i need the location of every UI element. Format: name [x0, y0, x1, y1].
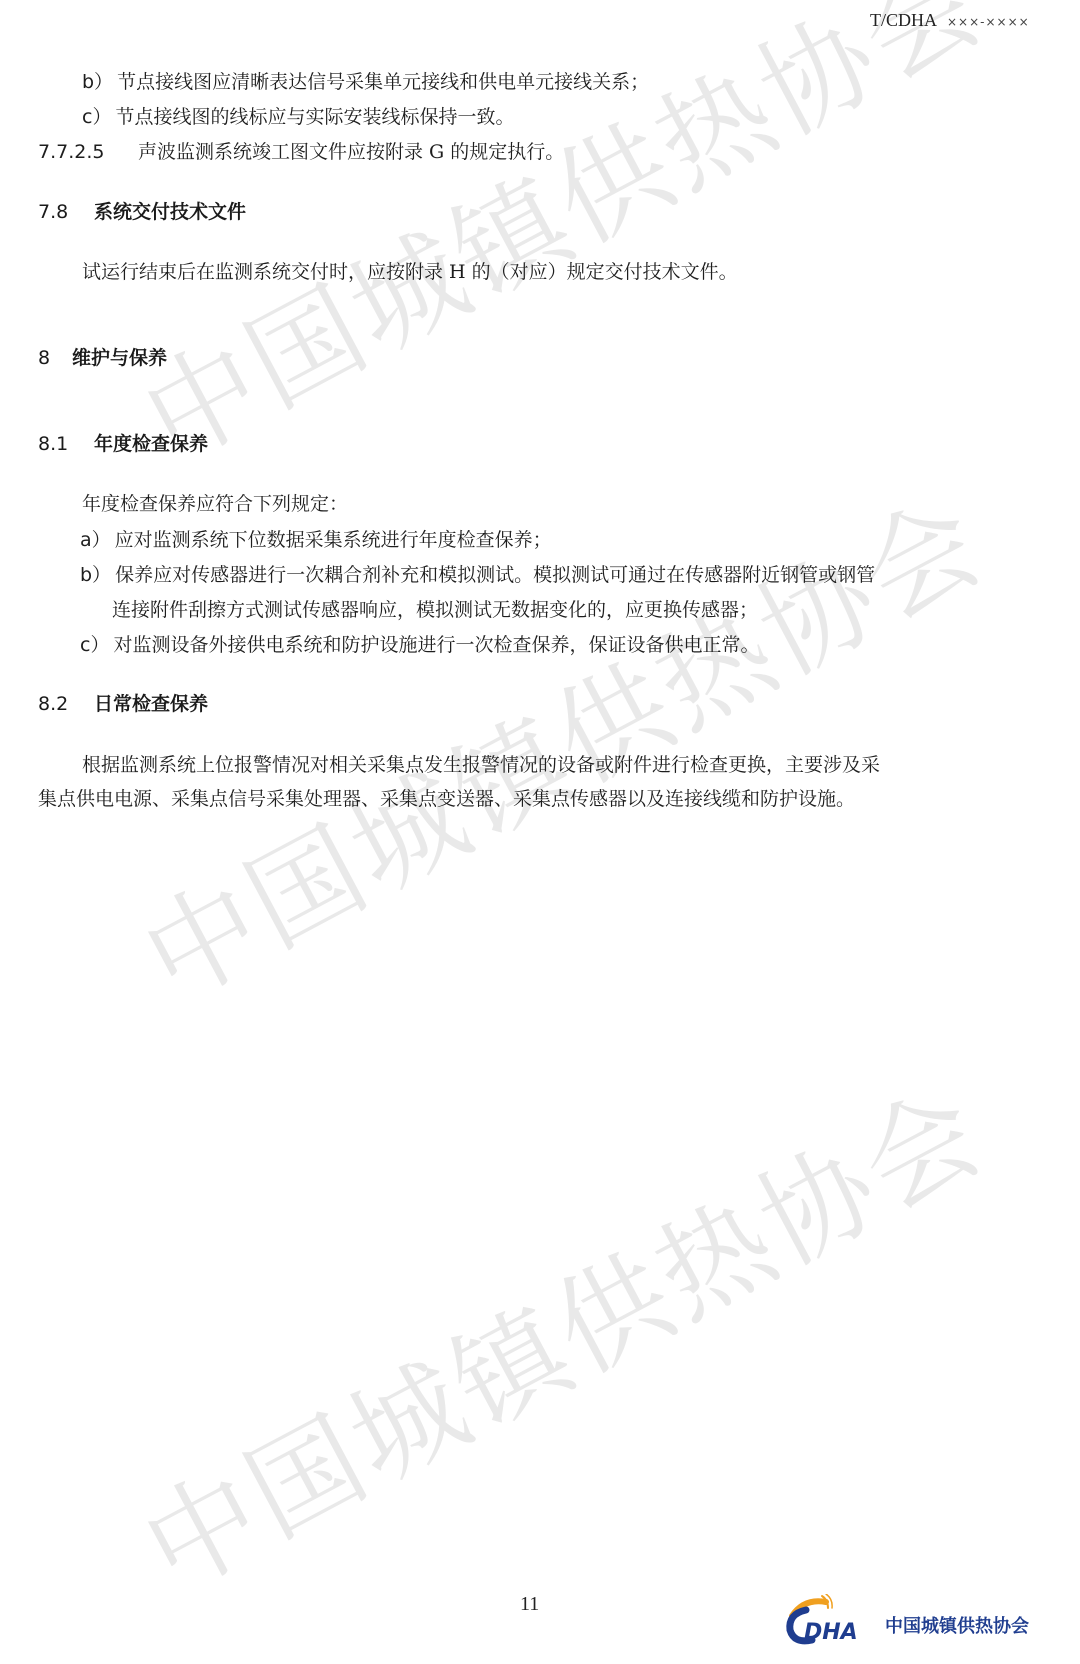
section-number: 8.2 — [38, 692, 94, 716]
list-item: c）对监测设备外接供电系统和防护设施进行一次检查保养，保证设备供电正常。 — [80, 633, 759, 657]
watermark: 中国城镇供热协会 — [112, 1044, 1007, 1622]
item-text: 节点接线图的线标应与实际安装线标保持一致。 — [115, 106, 514, 128]
standard-code-header: T/CDHA×××-×××× — [870, 10, 1030, 31]
standard-code: T/CDHA — [870, 10, 937, 30]
clause-number: 7.7.2.5 — [38, 140, 138, 164]
chapter-title: 维护与保养 — [72, 347, 167, 369]
page-number: 11 — [520, 1593, 539, 1616]
item-text: 保养应对传感器进行一次耦合剂补充和模拟测试。模拟测试可通过在传感器附近钢管或钢管 — [115, 564, 875, 586]
cdha-logo-icon: DHA — [782, 1594, 882, 1646]
item-label: c） — [80, 634, 109, 656]
section-body: 试运行结束后在监测系统交付时，应按附录 H 的（对应）规定交付技术文件。 — [82, 260, 738, 284]
chapter-number: 8 — [38, 346, 72, 370]
chapter-heading-8: 8维护与保养 — [38, 346, 167, 370]
section-title: 年度检查保养 — [94, 433, 208, 455]
svg-text:DHA: DHA — [804, 1620, 858, 1645]
list-item: a）应对监测系统下位数据采集系统进行年度检查保养； — [80, 528, 552, 552]
item-label: a） — [80, 529, 111, 551]
list-item-continuation: 连接附件刮擦方式测试传感器响应，模拟测试无数据变化的，应更换传感器； — [112, 598, 758, 622]
item-label: b） — [80, 564, 111, 586]
list-item: b）保养应对传感器进行一次耦合剂补充和模拟测试。模拟测试可通过在传感器附近钢管或… — [80, 563, 875, 587]
section-heading-8-2: 8.2日常检查保养 — [38, 692, 208, 716]
item-text: 节点接线图应清晰表达信号采集单元接线和供电单元接线关系； — [117, 71, 649, 93]
item-label: b） — [82, 71, 113, 93]
standard-number: ×××-×××× — [947, 15, 1030, 29]
list-item: c）节点接线图的线标应与实际安装线标保持一致。 — [82, 105, 514, 129]
section-intro: 年度检查保养应符合下列规定： — [82, 492, 348, 516]
section-number: 8.1 — [38, 432, 94, 456]
cdha-logo: DHA 中国城镇供热协会 — [782, 1594, 1052, 1646]
list-item: b）节点接线图应清晰表达信号采集单元接线和供电单元接线关系； — [82, 70, 649, 94]
item-text: 应对监测系统下位数据采集系统进行年度检查保养； — [115, 529, 552, 551]
item-text: 对监测设备外接供电系统和防护设施进行一次检查保养，保证设备供电正常。 — [113, 634, 759, 656]
section-title: 系统交付技术文件 — [94, 201, 246, 223]
section-body-line: 根据监测系统上位报警情况对相关采集点发生报警情况的设备或附件进行检查更换，主要涉… — [82, 753, 880, 777]
section-heading-7-8: 7.8系统交付技术文件 — [38, 200, 246, 224]
clause-text: 声波监测系统竣工图文件应按附录 G 的规定执行。 — [138, 141, 564, 163]
section-heading-8-1: 8.1年度检查保养 — [38, 432, 208, 456]
section-body-line: 集点供电电源、采集点信号采集处理器、采集点变送器、采集点传感器以及连接线缆和防护… — [38, 787, 855, 811]
section-number: 7.8 — [38, 200, 94, 224]
clause-7-7-2-5: 7.7.2.5声波监测系统竣工图文件应按附录 G 的规定执行。 — [38, 140, 564, 164]
section-title: 日常检查保养 — [94, 693, 208, 715]
item-label: c） — [82, 106, 111, 128]
logo-org-name: 中国城镇供热协会 — [885, 1612, 1029, 1638]
